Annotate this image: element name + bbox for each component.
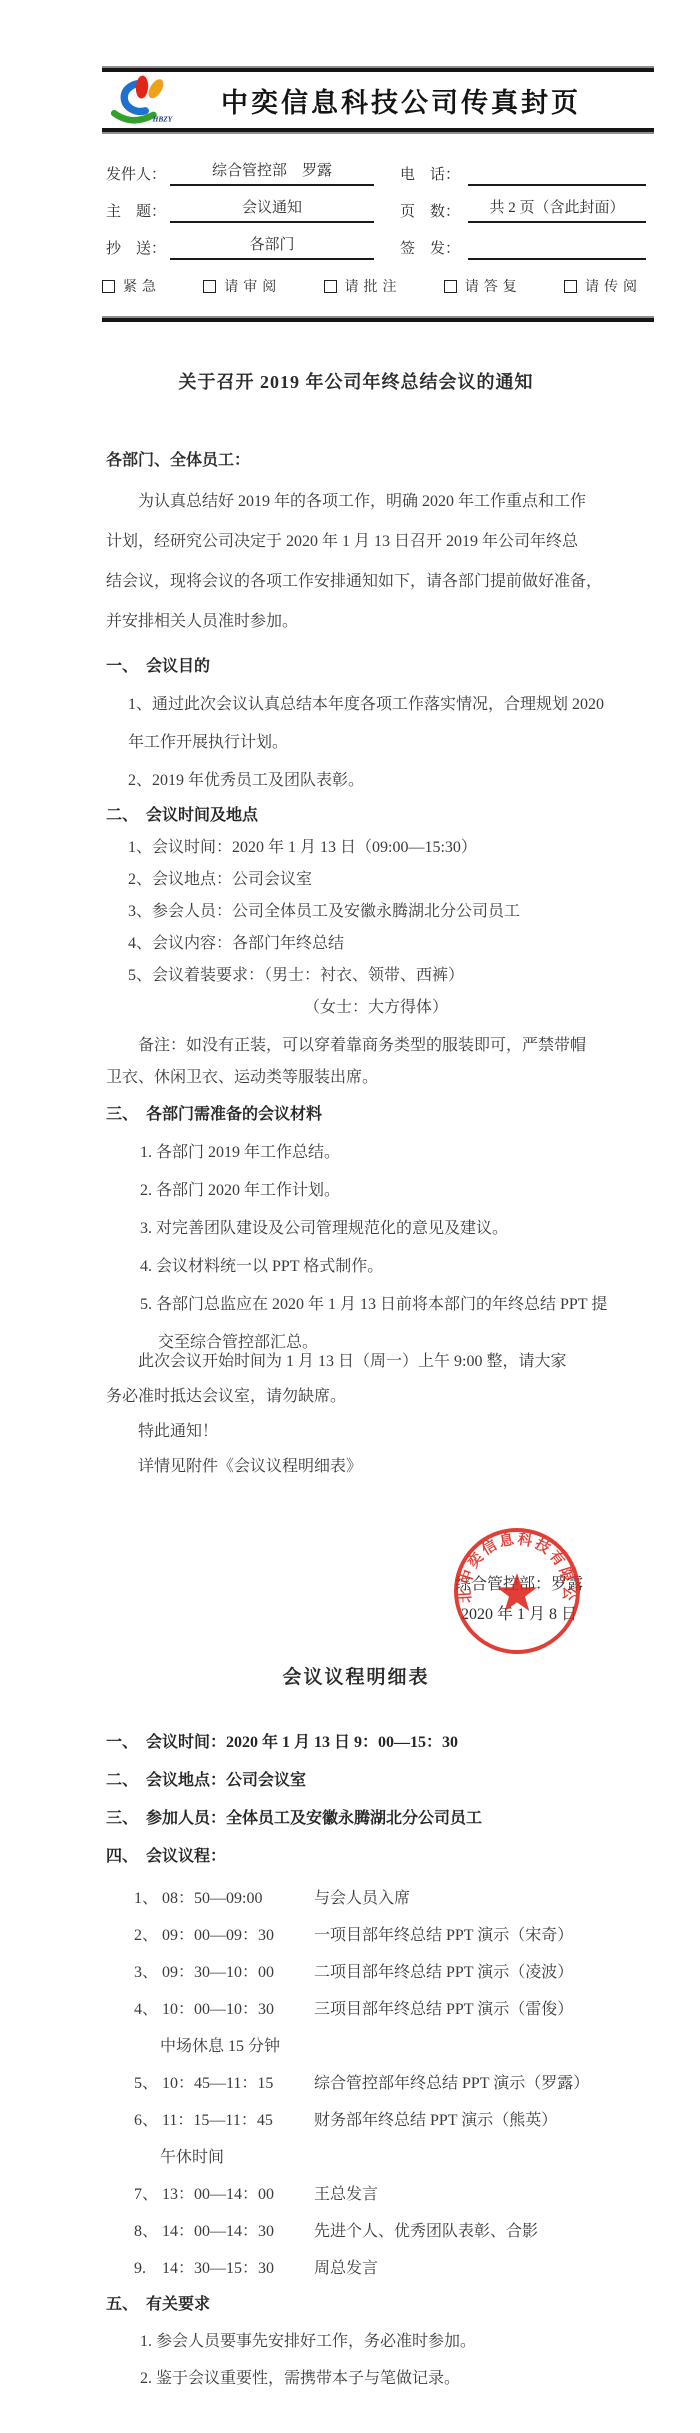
agenda-section-requirements: 五、 有关要求 1. 参会人员要事先安排好工作，务必准时参加。 2. 鉴于会议重… <box>106 2286 626 2397</box>
notice-line: 特此通知！ <box>106 1414 626 1449</box>
notice-line: 备注：如没有正装，可以穿着靠商务类型的服装即可，严禁带帽 <box>106 1030 626 1062</box>
sender-label: 发件人： <box>106 163 166 184</box>
notice-line: 1、会议时间：2020 年 1 月 13 日（09:00—15:30） <box>106 832 626 864</box>
notice-intro: 为认真总结好 2019 年的各项工作，明确 2020 年工作重点和工作 计划，经… <box>106 482 626 642</box>
notice-line: 2、2019 年优秀员工及团队表彰。 <box>106 762 626 800</box>
section-heading: 五、 有关要求 <box>106 2286 626 2323</box>
agenda-meta-line: 三、 参加人员：全体员工及安徽永腾湖北分公司员工 <box>106 1800 626 1838</box>
notice-line: 1. 各部门 2019 年工作总结。 <box>106 1134 626 1172</box>
notice-line: 2. 鉴于会议重要性，需携带本子与笔做记录。 <box>106 2360 626 2397</box>
checkbox-icon <box>102 280 115 293</box>
issue-label: 签 发： <box>400 237 460 258</box>
agenda-item-row: 3、 09：30—10：00 二项目部年终总结 PPT 演示（凌波） <box>106 1954 626 1991</box>
notice-line: 此次会议开始时间为 1 月 13 日（周一）上午 9:00 整，请大家 <box>106 1344 626 1379</box>
notice-line: 计划，经研究公司决定于 2020 年 1 月 13 日召开 2019 年公司年终… <box>106 522 626 562</box>
logo-text: HBZY <box>152 114 174 123</box>
checkbox-review: 请审阅 <box>203 276 281 296</box>
notice-line: 3、参会人员：公司全体员工及安徽永腾湖北分公司员工 <box>106 896 626 928</box>
notice-line: 2. 各部门 2020 年工作计划。 <box>106 1172 626 1210</box>
agenda-item-row: 7、 13：00—14：00 王总发言 <box>106 2176 626 2213</box>
agenda-item-row: 6、 11：15—11：45 财务部年终总结 PPT 演示（熊英） <box>106 2102 626 2139</box>
notice-line: 务必准时抵达会议室，请勿缺席。 <box>106 1379 626 1414</box>
agenda-item-row: 8、 14：00—14：30 先进个人、优秀团队表彰、合影 <box>106 2213 626 2250</box>
checkbox-icon <box>324 280 337 293</box>
form-row-sender: 发件人： 综合管控部 罗露 电 话： <box>102 156 654 193</box>
section-heading: 二、 会议时间及地点 <box>106 800 626 832</box>
notice-line: 结会议，现将会议的各项工作安排通知如下，请各部门提前做好准备， <box>106 562 626 602</box>
notice-line: 年工作开展执行计划。 <box>106 724 626 762</box>
section-heading: 一、 会议目的 <box>106 648 626 686</box>
notice-line: 1、通过此次会议认真总结本年度各项工作落实情况，合理规划 2020 <box>106 686 626 724</box>
sender-value: 综合管控部 罗露 <box>170 159 374 186</box>
fax-header: HBZY 中奕信息科技公司传真封页 <box>102 66 654 134</box>
company-seal-stamp: 湖北中奕信息科技有限公司 <box>450 1524 584 1658</box>
notice-line: 3. 对完善团队建设及公司管理规范化的意见及建议。 <box>106 1210 626 1248</box>
subject-value: 会议通知 <box>170 196 374 223</box>
notice-closing: 此次会议开始时间为 1 月 13 日（周一）上午 9:00 整，请大家 务必准时… <box>106 1344 626 1484</box>
stamp-star-icon <box>497 1573 537 1611</box>
agenda-item-row: 9. 14：30—15：30 周总发言 <box>106 2250 626 2287</box>
notice-section-purpose: 一、 会议目的 1、通过此次会议认真总结本年度各项工作落实情况，合理规划 202… <box>106 648 626 800</box>
notice-line: 卫衣、休闲卫衣、运动类等服装出席。 <box>106 1062 626 1094</box>
checkbox-circulate: 请传阅 <box>564 276 642 296</box>
fax-form: 发件人： 综合管控部 罗露 电 话： 主 题： 会议通知 页 数： 共 2 页（… <box>102 156 654 267</box>
agenda-item-row: 1、 08：50—09:00 与会人员入席 <box>106 1880 626 1917</box>
checkbox-icon <box>203 280 216 293</box>
agenda-meta-line: 二、 会议地点：公司会议室 <box>106 1762 626 1800</box>
agenda-meta-line: 一、 会议时间：2020 年 1 月 13 日 9：00—15：30 <box>106 1724 626 1762</box>
fax-cover-title: 中奕信息科技公司传真封页 <box>175 81 581 120</box>
notice-line: 5、会议着装要求：（男士：衬衣、领带、西裤） <box>106 960 626 992</box>
agenda-break-mid: 中场休息 15 分钟 <box>106 2028 626 2065</box>
company-logo-icon: HBZY <box>102 74 182 128</box>
checkbox-reply: 请答复 <box>444 276 522 296</box>
notice-line: 详情见附件《会议议程明细表》 <box>106 1449 626 1484</box>
agenda-item-row: 2、 09：00—09：30 一项目部年终总结 PPT 演示（宋奇） <box>106 1917 626 1954</box>
form-row-subject: 主 题： 会议通知 页 数： 共 2 页（含此封面） <box>102 193 654 230</box>
notice-section-time-place: 二、 会议时间及地点 1、会议时间：2020 年 1 月 13 日（09:00—… <box>106 800 626 1094</box>
form-row-cc: 抄 送： 各部门 签 发： <box>102 230 654 267</box>
cc-label: 抄 送： <box>106 237 166 258</box>
agenda-title: 会议议程明细表 <box>106 1662 606 1689</box>
agenda-item-row: 5、 10：45—11：15 综合管控部年终总结 PPT 演示（罗露） <box>106 2065 626 2102</box>
notice-title: 关于召开 2019 年公司年终总结会议的通知 <box>106 368 606 394</box>
issue-value <box>468 233 646 260</box>
notice-line: 并安排相关人员准时参加。 <box>106 602 626 642</box>
checkbox-icon <box>564 280 577 293</box>
phone-value <box>468 159 646 186</box>
subject-label: 主 题： <box>106 200 166 221</box>
notice-salutation: 各部门、全体员工： <box>106 448 606 474</box>
agenda-meta: 一、 会议时间：2020 年 1 月 13 日 9：00—15：30 二、 会议… <box>106 1724 626 1876</box>
agenda-meta-line: 四、 会议议程： <box>106 1838 626 1876</box>
section-heading: 三、 各部门需准备的会议材料 <box>106 1096 626 1134</box>
pages-label: 页 数： <box>400 200 460 221</box>
fax-document-page: HBZY 中奕信息科技公司传真封页 发件人： 综合管控部 罗露 电 话： 主 题… <box>0 0 700 2433</box>
notice-line: 4、会议内容：各部门年终总结 <box>106 928 626 960</box>
notice-line: 4. 会议材料统一以 PPT 格式制作。 <box>106 1248 626 1286</box>
notice-line: 2、会议地点：公司会议室 <box>106 864 626 896</box>
agenda-break-lunch: 午休时间 <box>106 2139 626 2176</box>
notice-section-materials: 三、 各部门需准备的会议材料 1. 各部门 2019 年工作总结。 2. 各部门… <box>106 1096 626 1362</box>
checkbox-urgent: 紧急 <box>102 276 161 296</box>
notice-line: （女士：大方得体） <box>106 992 626 1024</box>
notice-line: 为认真总结好 2019 年的各项工作，明确 2020 年工作重点和工作 <box>106 482 626 522</box>
checkbox-annotate: 请批注 <box>324 276 402 296</box>
pages-value: 共 2 页（含此封面） <box>468 196 646 223</box>
agenda-item-row: 4、 10：00—10：30 三项目部年终总结 PPT 演示（雷俊） <box>106 1991 626 2028</box>
phone-label: 电 话： <box>400 163 460 184</box>
header-bottom-rule <box>102 128 654 134</box>
cc-value: 各部门 <box>170 233 374 260</box>
notice-line: 5. 各部门总监应在 2020 年 1 月 13 日前将本部门的年终总结 PPT… <box>106 1286 626 1324</box>
notice-line: 1. 参会人员要事先安排好工作，务必准时参加。 <box>106 2323 626 2360</box>
agenda-items: 1、 08：50—09:00 与会人员入席 2、 09：00—09：30 一项目… <box>106 1880 626 2287</box>
fax-option-checkboxes: 紧急 请审阅 请批注 请答复 请传阅 <box>102 276 642 296</box>
checkbox-icon <box>444 280 457 293</box>
form-bottom-rule <box>102 316 654 322</box>
